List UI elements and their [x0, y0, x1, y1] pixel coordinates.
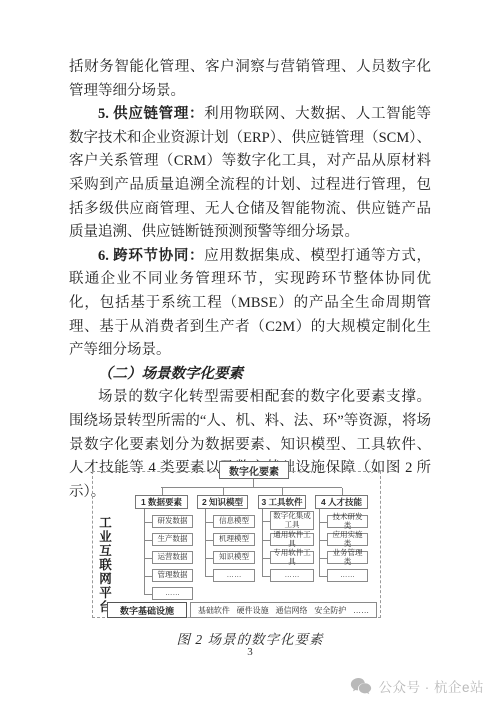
- connector: [205, 509, 206, 576]
- child-box: 管理数据: [152, 569, 193, 582]
- watermark: 公众号 · 杭企e站: [350, 675, 484, 697]
- connector: [253, 479, 254, 487]
- connector: [223, 488, 224, 495]
- branch-box: 3 工具软件: [258, 495, 306, 509]
- root-box: 数字化要素: [219, 461, 289, 479]
- connector: [319, 576, 327, 577]
- child-box: ……: [213, 569, 255, 582]
- branch-box: 4 人才技能: [315, 495, 368, 509]
- infrastructure-label-box: 数字基础设施: [107, 602, 187, 618]
- connector: [205, 558, 213, 559]
- connector: [319, 540, 327, 541]
- connector: [262, 540, 270, 541]
- figure-caption: 图 2 场景的数字化要素: [0, 628, 500, 648]
- connector: [144, 558, 152, 559]
- connector: [262, 576, 270, 577]
- child-box: 机理模型: [213, 533, 255, 546]
- child-box: 应用实施类: [327, 533, 368, 546]
- connector: [262, 509, 263, 576]
- infrastructure-item: 基础软件: [198, 605, 230, 616]
- child-box: 研发数据: [152, 515, 193, 528]
- child-box: 业务管理类: [327, 551, 368, 564]
- infrastructure-item: 硬件设施: [237, 605, 269, 616]
- connector: [262, 521, 270, 522]
- connector: [262, 558, 270, 559]
- connector: [144, 540, 152, 541]
- infrastructure-item: 通信网络: [275, 605, 307, 616]
- connector: [282, 488, 283, 495]
- branch-box: 1 数据要素: [135, 495, 188, 509]
- connector: [319, 558, 327, 559]
- connector: [205, 576, 213, 577]
- child-box: 通用软件工具: [270, 533, 314, 546]
- branch-box: 2 知识模型: [197, 495, 248, 509]
- connector: [319, 522, 327, 523]
- watermark-text: 公众号 · 杭企e站: [378, 676, 484, 696]
- connector: [319, 509, 320, 576]
- connector: [162, 488, 163, 495]
- child-box: ……: [327, 569, 368, 582]
- connector: [144, 522, 152, 523]
- child-box: ……: [152, 587, 193, 600]
- connector: [161, 487, 342, 488]
- child-box: 技术研发类: [327, 515, 368, 528]
- child-box: 专用软件工具: [270, 551, 314, 564]
- page-number: 3: [0, 646, 500, 658]
- connector: [144, 576, 152, 577]
- figure-digital-elements: 工业互联网平台数字化要素1 数据要素研发数据生产数据运营数据管理数据……2 知识…: [0, 0, 500, 707]
- child-box: 数字化集成工具: [270, 511, 314, 530]
- connector: [205, 540, 213, 541]
- child-box: ……: [270, 569, 314, 582]
- child-box: 信息模型: [213, 515, 255, 528]
- infrastructure-items-box: 基础软件硬件设施通信网络安全防护……: [190, 602, 377, 618]
- connector: [144, 594, 152, 595]
- child-box: 生产数据: [152, 533, 193, 546]
- child-box: 运营数据: [152, 551, 193, 564]
- connector: [342, 488, 343, 495]
- connector: [205, 522, 213, 523]
- child-box: 知识模型: [213, 551, 255, 564]
- document-page: 括财务智能化管理、客户洞察与营销管理、人员数字化管理等细分场景。5. 供应链管理…: [0, 0, 500, 707]
- infrastructure-item: ……: [353, 606, 369, 615]
- wechat-icon: [350, 677, 372, 695]
- infrastructure-item: 安全防护: [314, 605, 346, 616]
